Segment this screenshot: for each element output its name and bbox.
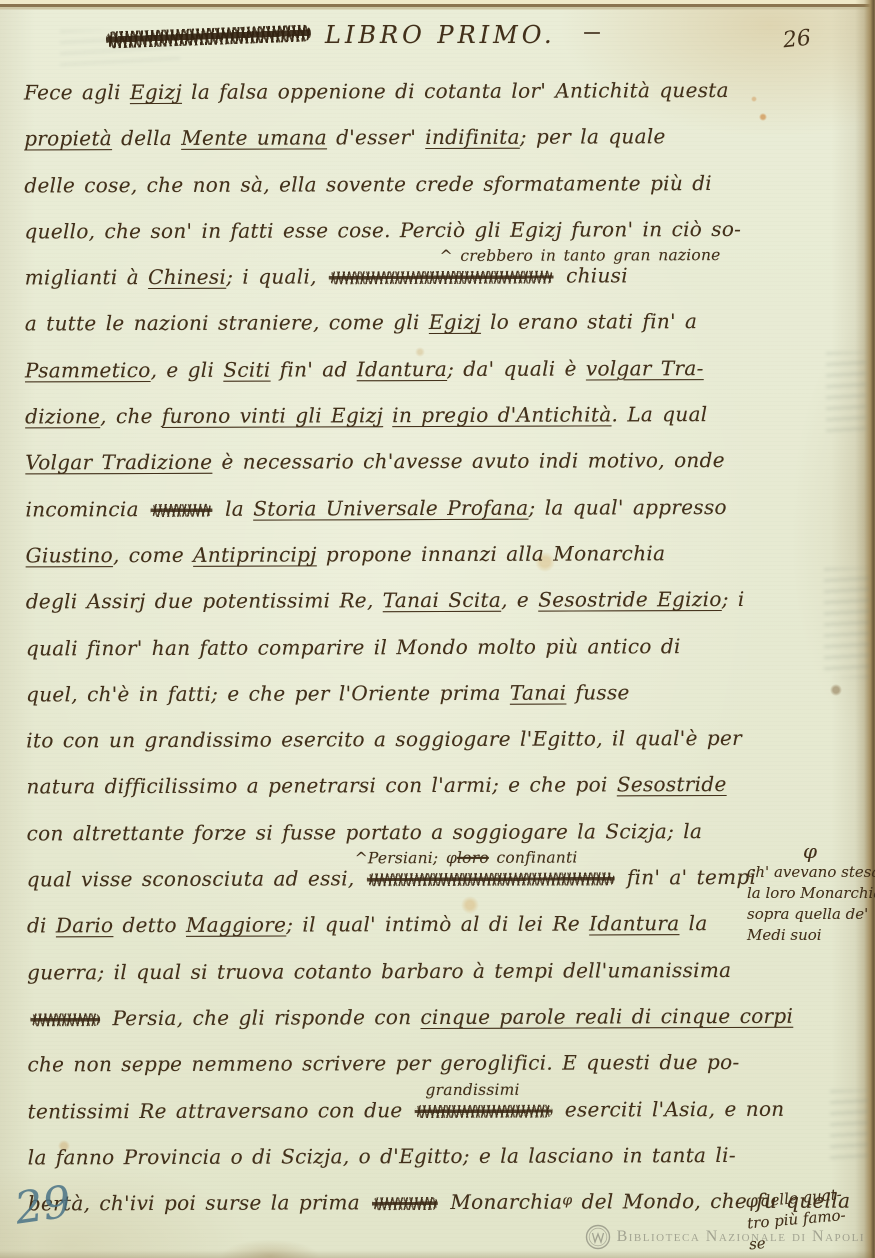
- text-segment: fin' a' tempi: [618, 865, 757, 889]
- text-segment: , che: [100, 404, 162, 428]
- scribbled-out-text: [329, 271, 554, 285]
- text-segment: ; i quali,: [226, 265, 326, 289]
- manuscript-line: la fanno Provincia o di Scizja, o d'Egit…: [28, 1142, 850, 1191]
- scribbled-out-text: [151, 503, 213, 516]
- underlined-text: Sciti: [223, 357, 270, 381]
- text-segment: di: [27, 914, 56, 938]
- text-segment: quel, ch'è in fatti; e che per l'Oriente…: [26, 681, 510, 707]
- manuscript-line: dizione, che furono vinti gli Egizj in p…: [25, 402, 847, 451]
- underlined-text: Volgar Tradizione: [25, 450, 212, 475]
- manuscript-line: propietà della Mente umana d'esser' indi…: [24, 124, 846, 173]
- underlined-text: Idantura: [357, 357, 447, 381]
- manuscript-line: a tutte le nazioni straniere, come gli E…: [25, 309, 847, 358]
- manuscript-line: Giustino, come Antiprincipj propone inna…: [26, 541, 848, 590]
- underlined-text: dizione: [25, 404, 100, 428]
- underlined-text: Maggiore: [186, 913, 286, 937]
- text-segment: ; da' quali è: [447, 356, 586, 380]
- text-segment: [383, 403, 392, 427]
- interline-insertion: grandissimi: [425, 1080, 519, 1098]
- manuscript-line: Persia, che gli risponde con cinque paro…: [27, 1004, 849, 1053]
- underlined-text: Idantura: [589, 911, 679, 935]
- manuscript-line: Fece agli Egizj la falsa oppenione di co…: [24, 78, 846, 127]
- text-segment: d'esser': [327, 125, 425, 149]
- text-segment: propone innanzi alla Monarchia: [317, 541, 666, 566]
- underlined-text: Storia Universale Profana: [253, 495, 528, 520]
- text-segment: la: [679, 911, 707, 935]
- manuscript-line: incomincia la Storia Universale Profana;…: [25, 494, 847, 543]
- manuscript-line: miglianti à Chinesi; i quali, chiusi^ cr…: [25, 263, 847, 312]
- text-segment: ^Persiani; φ: [355, 849, 457, 867]
- text-segment: qual visse sconosciuta ad essi,: [27, 866, 364, 891]
- text-segment: è necessario ch'avesse avuto indi motivo…: [212, 448, 725, 474]
- manuscript-line: quello, che son' in fatti esse cose. Per…: [24, 216, 846, 265]
- text-segment: a tutte le nazioni straniere, come gli: [25, 311, 429, 336]
- scribbled-out-text: [106, 24, 311, 48]
- interline-insertion: ^ crebbero in tanto gran nazione: [440, 246, 721, 265]
- manuscript-line: tentissimi Re attraversano con due eserc…: [28, 1096, 850, 1145]
- underlined-text: Dario: [56, 913, 114, 937]
- text-segment: quello, che son' in fatti esse cose. Per…: [24, 217, 741, 244]
- underlined-text: volgar Tra-: [586, 356, 704, 380]
- margin-note-line: Medi suoi: [747, 925, 873, 946]
- text-segment: eserciti l'Asia, e non: [556, 1096, 785, 1121]
- manuscript-page-scan: LIBRO PRIMO. 26 Fece agli Egizj la falsa…: [0, 0, 875, 1258]
- text-segment: della: [112, 126, 181, 150]
- text-segment: , e: [501, 588, 538, 612]
- manuscript-line: delle cose, che non sà, ella sovente cre…: [24, 170, 846, 219]
- underlined-text: Psammetico: [25, 358, 151, 382]
- text-segment: la fanno Provincia o di Scizja, o d'Egit…: [28, 1143, 736, 1169]
- text-segment: confinanti: [489, 849, 578, 867]
- library-watermark: Biblioteca Nazionale di Napoli: [585, 1224, 865, 1250]
- text-segment: quali finor' han fatto comparire il Mond…: [26, 634, 681, 660]
- text-segment: natura difficilissimo a penetrarsi con l…: [26, 773, 616, 799]
- text-segment: ; la qual' appresso: [528, 495, 726, 520]
- margin-note-line: ch' avevano stesa: [747, 862, 873, 883]
- underlined-text: in pregio d'Antichità: [392, 402, 611, 427]
- scribbled-out-text: [367, 872, 615, 886]
- manuscript-body: Fece agli Egizj la falsa oppenione di co…: [24, 78, 850, 1238]
- scribbled-out-text: [372, 1197, 438, 1210]
- watermark-text: Biblioteca Nazionale di Napoli: [617, 1228, 865, 1246]
- page-right-edge: [855, 0, 875, 1258]
- underlined-text: Tanai Scita: [383, 588, 501, 612]
- manuscript-line: di Dario detto Maggiore; il qual' intimò…: [27, 911, 849, 960]
- underlined-text: Giustino: [26, 543, 113, 567]
- text-segment: Persia, che gli risponde con: [103, 1005, 420, 1030]
- text-segment: ; il qual' intimò al di lei Re: [286, 912, 589, 937]
- underlined-text: furono vinti gli Egizj: [162, 403, 383, 428]
- underlined-text: Chinesi: [148, 265, 226, 289]
- underlined-text: Mente umana: [181, 126, 327, 151]
- folio-number: 26: [782, 26, 812, 54]
- scribbled-out-text: [415, 1104, 553, 1117]
- underlined-text: Egizj: [429, 310, 481, 334]
- text-segment: lo erano stati fin' a: [481, 310, 697, 335]
- text-segment: Monarchia: [441, 1190, 562, 1214]
- interline-insertion: ^Persiani; φloro confinanti: [355, 849, 578, 868]
- manuscript-line: degli Assirj due potentissimi Re, Tanai …: [26, 587, 848, 636]
- insertion-mark: φ: [562, 1193, 572, 1209]
- manuscript-line: natura difficilissimo a penetrarsi con l…: [26, 772, 848, 821]
- text-segment: miglianti à: [25, 265, 149, 289]
- text-segment: grandissimi: [425, 1080, 519, 1098]
- margin-note-line: la loro Monarchia: [747, 883, 873, 904]
- text-segment: incomincia: [25, 497, 148, 521]
- text-segment: , come: [113, 543, 193, 567]
- scribbled-out-text: [30, 1013, 100, 1026]
- margin-note: φch' avevano stesala loro Monarchiasopra…: [747, 840, 873, 946]
- pen-flourish: [584, 29, 600, 37]
- underlined-text: Sesostride Egizio: [538, 587, 722, 612]
- manuscript-line: ito con un grandissimo esercito a soggio…: [26, 726, 848, 775]
- insertion-mark: φ: [744, 1191, 758, 1213]
- text-segment: ; per la quale: [520, 124, 666, 149]
- archive-page-number: 29: [12, 1176, 75, 1234]
- underlined-text: indifinita: [425, 125, 520, 149]
- text-segment: degli Assirj due potentissimi Re,: [26, 588, 383, 613]
- text-segment: chiusi: [557, 264, 628, 288]
- text-segment: bertà, ch'ivi poi surse la prima: [28, 1190, 369, 1215]
- text-segment: ito con un grandissimo esercito a soggio…: [26, 726, 742, 752]
- underlined-text: Egizj: [130, 80, 182, 104]
- text-segment: con altrettante forze si fusse portato a…: [27, 819, 703, 845]
- underlined-text: cinque parole reali di cinque corpi: [420, 1004, 793, 1029]
- page-top-edge: [0, 0, 875, 13]
- text-segment: fusse: [566, 680, 629, 704]
- struck-text: loro: [457, 849, 489, 867]
- underlined-text: Sesostride: [617, 772, 727, 796]
- text-segment: tentissimi Re attraversano con due: [28, 1098, 412, 1123]
- underlined-text: Antiprincipj: [193, 542, 317, 566]
- text-segment: la: [216, 496, 253, 520]
- text-segment: che non seppe nemmeno scrivere per gerog…: [27, 1050, 739, 1076]
- text-segment: ; i: [722, 587, 745, 611]
- text-segment: guerra; il qual si truova cotanto barbar…: [27, 958, 731, 984]
- chapter-title: LIBRO PRIMO.: [325, 21, 556, 49]
- text-segment: , e gli: [151, 358, 224, 382]
- text-segment: detto: [113, 913, 186, 937]
- underlined-text: propietà: [24, 126, 112, 150]
- page-bottom-edge: [0, 1250, 875, 1258]
- text-segment: la falsa oppenione di cotanta lor' Antic…: [182, 78, 729, 104]
- margin-note-line: sopra quella de': [747, 904, 873, 925]
- manuscript-line: quel, ch'è in fatti; e che per l'Oriente…: [26, 679, 848, 728]
- insertion-mark: φ: [747, 840, 873, 862]
- underlined-text: Tanai: [510, 680, 567, 704]
- manuscript-line: Volgar Tradizione è necessario ch'avesse…: [25, 448, 847, 497]
- manuscript-line: qual visse sconosciuta ad essi, fin' a' …: [27, 865, 849, 914]
- text-segment: . La qual: [611, 402, 707, 426]
- manuscript-line: guerra; il qual si truova cotanto barbar…: [27, 957, 849, 1006]
- text-segment: Fece agli: [24, 80, 130, 104]
- manuscript-line: quali finor' han fatto comparire il Mond…: [26, 633, 848, 682]
- text-segment: fin' ad: [271, 357, 357, 381]
- manuscript-line: Psammetico, e gli Sciti fin' ad Idantura…: [25, 355, 847, 404]
- text-segment: delle cose, che non sà, ella sovente cre…: [24, 171, 712, 197]
- library-emblem-icon: [585, 1224, 611, 1250]
- chapter-heading: LIBRO PRIMO.: [106, 21, 600, 49]
- text-segment: ^ crebbero in tanto gran nazione: [440, 246, 721, 265]
